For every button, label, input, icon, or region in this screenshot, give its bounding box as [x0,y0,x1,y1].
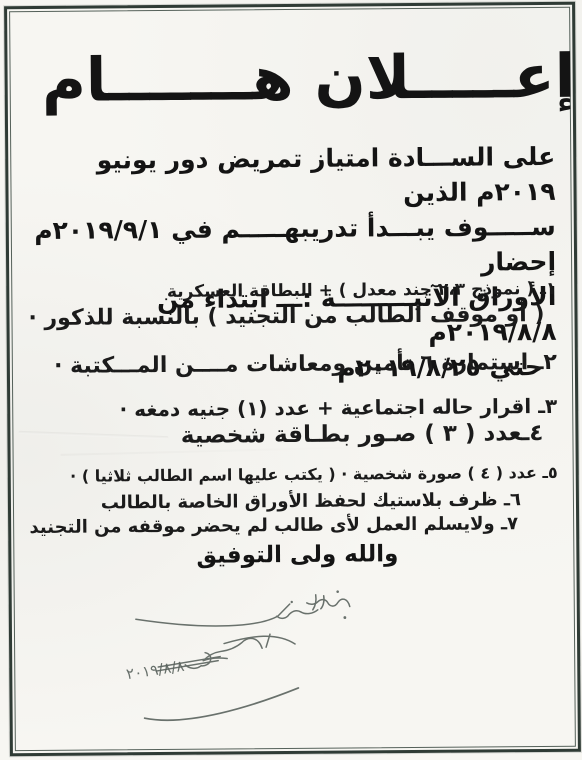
list-item-3: ٣ـ اقرار حاله اجتماعية + عدد (١) جنيه دم… [120,394,558,421]
paper-sheet: إعـــــلان هـــــــام على الســـادة امتي… [0,0,582,760]
intro-line: ســـــوف يبـــدأ تدريبهـــــم في ٢٠١٩/٩/… [27,209,557,283]
list-item-6: ٦ـ ظرف بلاستيك لحفظ الأوراق الخاصة بالطا… [101,489,521,513]
list-item-7: ٧ـ ولايسلم العمل لأى طالب لم يحضر موقفه … [29,513,518,538]
list-item-1: ١ـ ( نموذج ٢،٣ جند معدل ) + البطاقة العس… [167,279,557,302]
signature-flourish [144,688,298,720]
intro-line: على الســـادة امتياز تمريض دور يونيو ٢٠١… [26,139,556,213]
handwritten-note-scribble [136,590,350,626]
handwriting-block: ٢٠١٩/٨/٨ [102,581,393,743]
scanned-announcement-page: إعـــــلان هـــــــام على الســـادة امتي… [0,0,582,760]
page-title: إعـــــلان هـــــــام [0,34,580,126]
paper-crease [18,431,168,439]
list-item-1-continued: ( أو موقف الطالب من التجنيد ) بالنسبة لل… [28,302,544,331]
list-item-5: ٥ـ عدد ( ٤ ) صورة شخصية · ( يكتب عليها ا… [70,463,558,486]
document-content: إعـــــلان هـــــــام على الســـادة امتي… [0,0,582,760]
list-item-2: ٢ـ استمارة ٦ تأمين ومعاشات مــــن المـــ… [54,350,557,379]
closing-phrase: والله ولى التوفيق [196,541,398,569]
